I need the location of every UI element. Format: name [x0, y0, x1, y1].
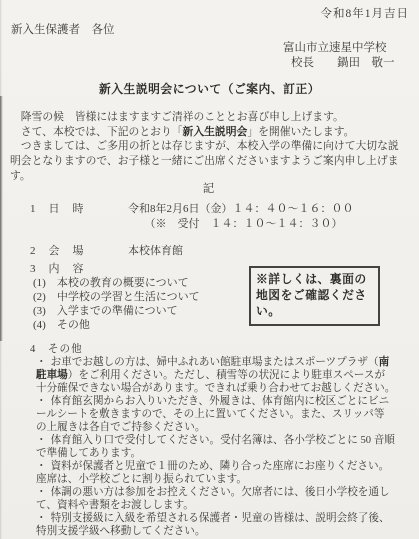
contents-item-4: (4) その他: [33, 319, 200, 333]
note-entrance-text: 体育館玄関からお入りいただき、外履きは、体育館内に校区ごとにビニ ールシートを敷…: [36, 396, 389, 433]
note-reception: ・体育館入り口で受付してください。受付名簿は、各小学校ごとに 50 音順 で準備…: [36, 434, 416, 460]
scanned-letter-page: 令和8年1月吉日 新入生保護者 各位 富山市立速星中学校 校長 鍋田 敬一 新入…: [0, 0, 419, 539]
note-parking-text-1: お車でお越しの方は、婦中ふれあい館駐車場またはスポーツプラザ（: [51, 357, 379, 368]
section-datetime: 1 日 時 令和8年2月6日（金）１４：４０～１６：００ （※ 受付 １４：１０…: [30, 202, 354, 232]
record-marker: 記: [0, 180, 419, 196]
notes-list: ・お車でお越しの方は、婦中ふれあい館駐車場またはスポーツプラザ（南 駐車場）をご…: [36, 356, 416, 538]
note-special-support: ・特別支援級に入級を希望される保護者・児童の皆様は、説明会終了後、 特別支援学級…: [36, 512, 416, 538]
note-absence: ・体調の悪い方は参加をお控えください。欠席者には、後日小学校を通し て、資料や書…: [36, 486, 416, 512]
contents-label: 3 内 容: [30, 262, 200, 277]
bullet-marker: ・: [36, 357, 47, 368]
contents-item-1: (1) 本校の教育の概要について: [33, 277, 200, 291]
section-others: 4 その他 ・お車でお越しの方は、婦中ふれあい館駐車場またはスポーツプラザ（南 …: [30, 343, 416, 538]
note-special-support-text: 特別支援級に入級を希望される保護者・児童の皆様は、説明会終了後、 特別支援学級へ…: [36, 513, 390, 537]
contents-item-3: (3) 入学までの準備について: [33, 305, 200, 319]
datetime-label: 1 日 時: [30, 202, 128, 232]
bullet-marker: ・: [36, 487, 47, 498]
note-reception-text: 体育館入り口で受付してください。受付名簿は、各小学校ごとに 50 音順 で準備し…: [36, 435, 395, 459]
bullet-marker: ・: [36, 461, 47, 472]
scan-edge-shadow-dark: [0, 96, 3, 341]
note-absence-text: 体調の悪い方は参加をお控えください。欠席者には、後日小学校を通し て、資料や書類…: [36, 487, 390, 511]
venue-value: 本校体育館: [128, 244, 183, 259]
map-note-box: ※詳しくは、裏面の 地図をご確認くださ い。: [249, 266, 380, 326]
bullet-marker: ・: [36, 513, 47, 524]
sender-block: 富山市立速星中学校 校長 鍋田 敬一: [283, 41, 395, 71]
note-parking: ・お車でお越しの方は、婦中ふれあい館駐車場またはスポーツプラザ（南 駐車場）をご…: [36, 356, 416, 395]
principal-name: 校長 鍋田 敬一: [291, 56, 395, 71]
note-seating-text: 資料が保護者と児童で１冊のため、隣り合った座席にお座りください。 座席は、小学校…: [36, 461, 389, 485]
document-title: 新入生説明会について（ご案内、訂正）: [0, 80, 419, 97]
note-entrance: ・体育館玄関からお入りいただき、外履きは、体育館内に校区ごとにビニ ールシートを…: [36, 395, 416, 434]
contents-item-2: (2) 中学校の学習と生活について: [33, 291, 200, 305]
greeting-paragraph: 降雪の候 皆様にはますますご清祥のこととお喜び申し上げます。 さて、本校では、下…: [10, 110, 414, 184]
note-seating: ・資料が保護者と児童で１冊のため、隣り合った座席にお座りください。 座席は、小学…: [36, 460, 416, 486]
section-venue: 2 会 場 本校体育館: [30, 244, 183, 259]
addressee: 新入生保護者 各位: [11, 21, 115, 37]
note-parking-text-2: ）をご利用ください。ただし、積雪等の状況により駐車スペースが 十分確保できない場…: [36, 370, 395, 394]
venue-label: 2 会 場: [30, 244, 128, 259]
issue-date: 令和8年1月吉日: [321, 5, 410, 21]
section-contents: 3 内 容 (1) 本校の教育の概要について (2) 中学校の学習と生活について…: [30, 262, 200, 333]
datetime-value: 令和8年2月6日（金）１４：４０～１６：００ （※ 受付 １４：１０～１４：３０…: [128, 202, 354, 232]
others-label: 4 その他: [30, 343, 416, 356]
school-name: 富山市立速星中学校: [283, 41, 395, 56]
greeting-emphasis: 新入生説明会: [183, 126, 248, 138]
bullet-marker: ・: [36, 396, 47, 407]
bullet-marker: ・: [36, 435, 47, 446]
